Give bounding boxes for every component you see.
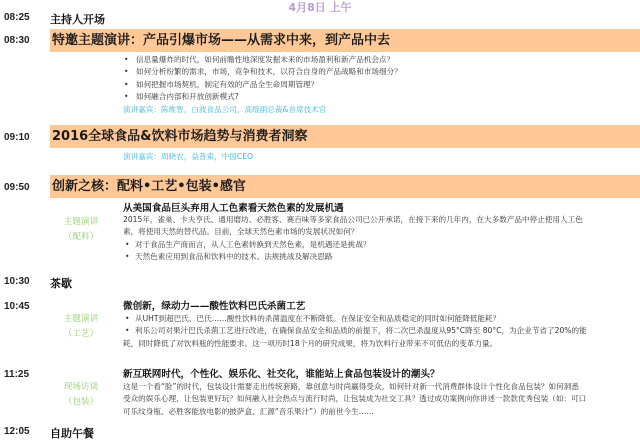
time-1045: 10:45	[4, 301, 30, 312]
bullet-item: 如何融合内部和开放创新模式?	[122, 91, 632, 103]
tag-line: （配料）	[56, 230, 106, 245]
bullet-item: 对于食品生产商而言，从人工色素转换到天然色素，是机遇还是挑战？	[123, 239, 633, 251]
tag-line: 主题演讲	[56, 312, 106, 327]
body-line: 耗，同时降低了对饮料瓶的性能要求。这一项历时18个月的研究成果，将为饮料行业带来…	[123, 338, 633, 350]
body-line: 可乐纹身瓶、必胜客能放电影的披萨盒、汇源“音乐果汁”）的前世今生……	[123, 406, 633, 418]
bullet-item: 如何分析纷繁的需求，市场，竞争和技术，以符合自身的产品战略和市场细分？	[122, 66, 632, 78]
time-0830: 08:30	[4, 35, 30, 46]
talk-body-packaging: 这是一个看“脸”的时代，包装设计需要走出传统套路，靠创意与时尚赢得受众。如何针对…	[123, 381, 633, 418]
bullet-item: 天然色素应用到食品和饮料中的技术、法规挑战及解决思路	[123, 251, 633, 263]
body-line: 2015年，雀巢、卡夫亨氏、通用磨坊、必胜客、赛百味等多家食品公司已公开承诺，在…	[123, 214, 633, 226]
tag-line: 主题演讲	[56, 215, 106, 230]
bullet-item: 信息量爆炸的时代，如何前瞻性地深度发掘未来的市场盈利和新产品机会点？	[122, 54, 632, 66]
trends-band: 2016全球食品&饮料市场趋势与消费者洞察	[50, 125, 640, 148]
time-1030: 10:30	[4, 276, 30, 287]
tag-line: （工艺）	[56, 327, 106, 342]
session-tag-packaging: 现场访谈 （包装）	[56, 380, 106, 410]
time-1125: 11:25	[4, 369, 29, 380]
talk-title-pasteurization: 微创新，绿动力——酸性饮料巴氏杀菌工艺	[123, 298, 305, 312]
body-line: 受众的娱乐心理，让包装更好玩？如何融入社会热点与流行时尚，让包装成为社交工具？透…	[123, 393, 633, 405]
bullet-item: 如何把握市场契机，制定有效的产品全生命周期管理？	[122, 79, 632, 91]
talk-body-color: 2015年，雀巢、卡夫亨氏、通用磨坊、必胜客、赛百味等多家食品公司已公开承诺，在…	[123, 214, 633, 263]
tea-break-title: 茶歇	[50, 275, 72, 291]
keynote-band: 特邀主题演讲：产品引爆市场——从需求中来，到产品中去	[50, 29, 640, 52]
bullet-item: 从UHT到超巴氏、巴氏……酸性饮料的杀菌温度在不断降低。在保证安全和品质稳定的同…	[123, 313, 633, 325]
keynote-speaker: 演讲嘉宾：陈维智，白波食品公司，高级副总裁&首席技术官	[123, 104, 326, 116]
talk-title-packaging: 新互联网时代，个性化、娱乐化、社交化，谁能站上食品包装设计的潮头？	[123, 366, 440, 380]
time-0910: 09:10	[4, 132, 30, 143]
talk-title-color: 从美国食品巨头弃用人工色素看天然色素的发展机遇	[123, 200, 344, 214]
time-0950: 09:50	[4, 182, 30, 193]
bullet-item: 利乐公司对果汁巴氏杀菌工艺进行改进，在确保食品安全和品质的前提下，将二次巴杀温度…	[123, 325, 633, 337]
lunch-title: 自助午餐	[50, 425, 94, 441]
time-1205: 12:05	[4, 426, 30, 437]
session-tag-ingredients: 主题演讲 （配料）	[56, 215, 106, 245]
trends-speaker: 演讲嘉宾：周晓农，益普索，中国CEO	[123, 151, 253, 163]
tag-line: 现场访谈	[56, 380, 106, 395]
body-line: 素，将使用天然的替代品。目前，全球天然色素市场的发展状况如何？	[123, 226, 633, 238]
body-line: 这是一个看“脸”的时代，包装设计需要走出传统套路，靠创意与时尚赢得受众。如何针对…	[123, 381, 633, 393]
talk-body-pasteurization: 从UHT到超巴氏、巴氏……酸性饮料的杀菌温度在不断降低。在保证安全和品质稳定的同…	[123, 313, 633, 350]
keynote-bullets: 信息量爆炸的时代，如何前瞻性地深度发掘未来的市场盈利和新产品机会点？ 如何分析纷…	[122, 54, 632, 103]
opening-title: 主持人开场	[50, 11, 105, 27]
session-tag-process: 主题演讲 （工艺）	[56, 312, 106, 342]
innovation-band: 创新之核：配料•工艺•包装•感官	[50, 175, 640, 198]
time-0825: 08:25	[4, 12, 30, 23]
tag-line: （包装）	[56, 395, 106, 410]
